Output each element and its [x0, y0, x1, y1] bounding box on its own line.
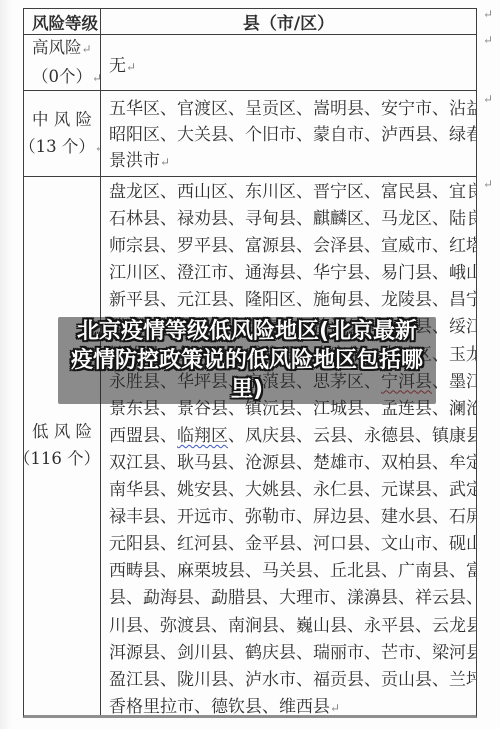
paragraph-mark: ↵: [160, 155, 170, 169]
scan-edge-artifact: [0, 0, 12, 729]
medium-risk-counties: 五华区、官渡区、呈贡区、嵩明县、安宁市、沾益区、昭阳区、大关县、个旧市、蒙自市、…: [101, 91, 476, 176]
text-line: 低 风 险: [32, 418, 92, 445]
paragraph-mark: ↵: [483, 34, 493, 46]
spellcheck-underline: 临翔区: [177, 426, 228, 446]
text-line: 洱源县、剑川县、鹤庆县、瑞丽市、芒市、梁河县、: [109, 640, 472, 667]
document-screenshot: 风险等级↵ 县（市/区） 高风险↵（0个）↵ 无↵ 中 风 险（13 个）↵ 五…: [0, 0, 500, 729]
text-line: 西盟县、临翔区、凤庆县、云县、永德县、镇康县、: [109, 423, 472, 450]
text-line: 无↵: [109, 51, 472, 76]
text-line: 县、勐海县、勐腊县、大理市、漾濞县、祥云县、宾: [109, 585, 472, 612]
headline-title: 北京疫情等级低风险地区(北京最新疫情防控政策说的低风险地区包括哪里): [48, 317, 446, 404]
text-line: 双江县、耿马县、沧源县、楚雄市、双柏县、牟定县、: [109, 450, 472, 477]
text-line: （0个）↵: [32, 63, 101, 91]
paragraph-mark: ↵: [92, 71, 101, 85]
text-line: 景洪市↵: [109, 148, 472, 175]
paragraph-mark: ↵: [82, 42, 92, 56]
headline-overlay-band: 北京疫情等级低风险地区(北京最新疫情防控政策说的低风险地区包括哪里): [58, 317, 436, 404]
table-row-medium-risk: 中 风 险（13 个）↵ 五华区、官渡区、呈贡区、嵩明县、安宁市、沾益区、昭阳区…: [24, 91, 476, 177]
text-line: 禄丰县、开远市、弥勒市、屏边县、建水县、石屏县、: [109, 504, 472, 531]
paragraph-mark: ↵: [483, 178, 493, 190]
text-line: 里): [48, 375, 446, 404]
paragraph-mark: ↵: [483, 8, 493, 20]
high-risk-counties: 无↵: [101, 35, 476, 90]
paragraph-mark: ↵: [126, 60, 136, 74]
text-line: 川县、弥渡县、南涧县、巍山县、永平县、云龙县、: [109, 613, 472, 640]
text-line: 江川区、澄江市、通海县、华宁县、易门县、峨山县、: [109, 260, 472, 287]
header-county: 县（市/区）: [101, 9, 476, 34]
table-header-row: 风险等级↵ 县（市/区）: [24, 9, 476, 35]
low-risk-label: 低 风 险（116 个）↵: [24, 177, 101, 715]
text-line: （116 个）↵: [24, 445, 101, 474]
table-row-low-risk: 低 风 险（116 个）↵ 盘龙区、西山区、东川区、晋宁区、富民县、宜良县、石林…: [24, 177, 476, 715]
paragraph-mark: ↵: [483, 93, 493, 105]
header-risk-level: 风险等级↵: [24, 9, 101, 34]
text-line: 西畴县、麻栗坡县、马关县、丘北县、广南县、富宁: [109, 558, 472, 585]
high-risk-label: 高风险↵（0个）↵: [24, 35, 101, 90]
text-line: 元阳县、红河县、金平县、河口县、文山市、砚山县、: [109, 531, 472, 558]
text-line: 高风险↵: [32, 35, 92, 63]
text-line: 新平县、元江县、隆阳区、施甸县、龙陵县、昌宁县、: [109, 287, 472, 314]
text-line: 中 风 险: [32, 106, 92, 133]
medium-risk-label: 中 风 险（13 个）↵: [24, 91, 101, 176]
text-line: 盘龙区、西山区、东川区、晋宁区、富民县、宜良县、: [109, 179, 472, 206]
text-line: 香格里拉市、德钦县、维西县↵: [109, 694, 472, 715]
text-line: （13 个）↵: [24, 133, 101, 162]
table-row-high-risk: 高风险↵（0个）↵ 无↵: [24, 35, 476, 91]
text-line: 昭阳区、大关县、个旧市、蒙自市、泸西县、绿春县、: [109, 122, 472, 148]
text-line: 石林县、禄劝县、寻甸县、麒麟区、马龙区、陆良县、: [109, 206, 472, 233]
paragraph-mark: ↵: [330, 701, 340, 715]
low-risk-counties: 盘龙区、西山区、东川区、晋宁区、富民县、宜良县、石林县、禄劝县、寻甸县、麒麟区、…: [101, 177, 476, 715]
text-line: 北京疫情等级低风险地区(北京最新: [48, 317, 446, 346]
text-line: 盈江县、陇川县、泸水市、福贡县、贡山县、兰坪县、: [109, 667, 472, 694]
text-line: 师宗县、罗平县、富源县、会泽县、宣威市、红塔区、: [109, 233, 472, 260]
text-line: 疫情防控政策说的低风险地区包括哪: [48, 346, 446, 375]
text-line: 南华县、姚安县、大姚县、永仁县、元谋县、武定县、: [109, 477, 472, 504]
text-line: 五华区、官渡区、呈贡区、嵩明县、安宁市、沾益区、: [109, 96, 472, 122]
